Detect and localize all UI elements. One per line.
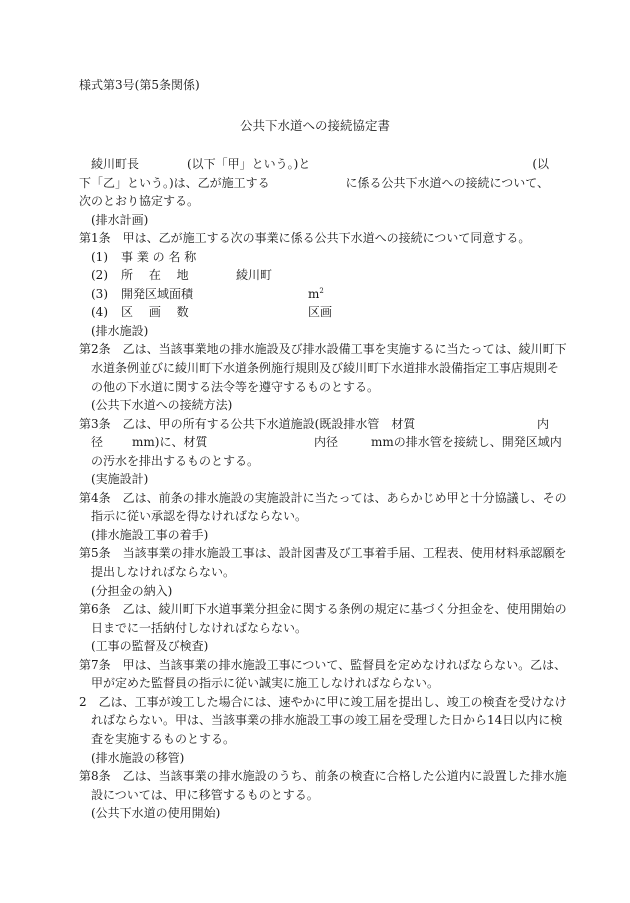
form-number: 様式第3号(第5条関係) xyxy=(79,77,200,93)
area-unit: m xyxy=(308,287,319,301)
article-7-para-2-line: 2 乙は、工事が竣工した場合には、速やかに甲に竣工届を提出し、竣工の検査を受けな… xyxy=(79,693,549,712)
article-2-line: 水道条例並びに綾川町下水道条例施行規則及び綾川町下水道排水設備指定工事店規則そ xyxy=(79,359,549,378)
article-6-line: 第6条 乙は、綾川町下水道事業分担金に関する条例の規定に基づく分担金を、使用開始… xyxy=(79,600,549,619)
document-body: 綾川町長 (以下「甲」という。)と (以 下「乙」という。)は、乙が施工する に… xyxy=(79,155,549,823)
article-2-line: の他の下水道に関する法令等を遵守するものとする。 xyxy=(79,378,549,397)
article-1-item-2: (2) 所 在 地 綾川町 xyxy=(79,266,549,285)
item-value: 綾川町 xyxy=(236,266,272,285)
article-4-heading: (実施設計) xyxy=(79,470,549,489)
preamble-line-2: 下「乙」という。)は、乙が施工する に係る公共下水道への接続について、 xyxy=(79,174,549,193)
article-6-line: 日までに一括納付しなければならない。 xyxy=(79,619,549,638)
article-1-item-1: (1) 事 業 の 名 称 xyxy=(79,248,549,267)
item-label: 所 在 地 xyxy=(121,266,189,285)
article-1-item-4: (4) 区 画 数 区画 xyxy=(79,303,549,322)
article-3-text: 内 xyxy=(537,415,549,434)
item-number: (4) xyxy=(91,303,108,322)
article-7-para-2-line: 査を実施するものとする。 xyxy=(79,730,549,749)
article-3-text: 内径 xyxy=(314,433,338,452)
unit-superscript: 2 xyxy=(319,287,323,295)
party-a-definition: (以下「甲」という。)と xyxy=(187,155,310,174)
article-1-heading: (排水計画) xyxy=(79,211,549,230)
town-mayor-label: 綾川町長 xyxy=(91,155,139,174)
item-value: 区画 xyxy=(308,303,332,322)
article-9-heading: (公共下水道の使用開始) xyxy=(79,804,549,823)
article-3-text: mmの排水管を接続し、開発区域内 xyxy=(371,433,562,452)
article-3-text: 第3条 乙は、甲の所有する公共下水道施設(既設排水管 材質 xyxy=(79,415,415,434)
article-1-item-3: (3) 開発区域面積 m2 xyxy=(79,285,549,304)
party-b-definition: 下「乙」という。)は、乙が施工する xyxy=(79,174,270,193)
article-5-heading: (排水施設工事の着手) xyxy=(79,526,549,545)
article-8-heading: (排水施設の移管) xyxy=(79,749,549,768)
article-8-line: 第8条 乙は、当該事業の排水施設のうち、前条の検査に合格した公道内に設置した排水… xyxy=(79,767,549,786)
item-number: (3) xyxy=(91,285,108,304)
item-label: 事 業 の 名 称 xyxy=(121,248,196,267)
document-page: 様式第3号(第5条関係) 公共下水道への接続協定書 綾川町長 (以下「甲」という… xyxy=(0,0,630,903)
article-3-heading: (公共下水道への接続方法) xyxy=(79,396,549,415)
article-8-line: 設については、甲に移管するものとする。 xyxy=(79,786,549,805)
article-3-line-3: の汚水を排出するものとする。 xyxy=(79,452,549,471)
article-7-line: 甲が定めた監督員の指示に従い誠実に施工しなければならない。 xyxy=(79,674,549,693)
item-value: m2 xyxy=(308,285,324,304)
article-2-line: 第2条 乙は、当該事業地の排水施設及び排水設備工事を実施するに当たっては、綾川町… xyxy=(79,340,549,359)
article-3-line-2: 径 mm)に、材質 内径 mmの排水管を接続し、開発区域内 xyxy=(79,433,549,452)
document-title: 公共下水道への接続協定書 xyxy=(0,118,630,134)
article-3-line-1: 第3条 乙は、甲の所有する公共下水道施設(既設排水管 材質 内 xyxy=(79,415,549,434)
item-number: (2) xyxy=(91,266,108,285)
article-2-heading: (排水施設) xyxy=(79,322,549,341)
preamble-line-3: 次のとおり協定する。 xyxy=(79,192,549,211)
article-5-line: 第5条 当該事業の排水施設工事は、設計図書及び工事着手届、工程表、使用材料承認願… xyxy=(79,544,549,563)
article-3-text: mm)に、材質 xyxy=(132,433,207,452)
article-6-heading: (分担金の納入) xyxy=(79,582,549,601)
article-3-text: 径 xyxy=(91,433,103,452)
article-7-heading: (工事の監督及び検査) xyxy=(79,637,549,656)
item-label: 開発区域面積 xyxy=(121,285,193,304)
article-4-line: 指示に従い承認を得なければならない。 xyxy=(79,507,549,526)
item-number: (1) xyxy=(91,248,108,267)
article-5-line: 提出しなければならない。 xyxy=(79,563,549,582)
article-1-text: 第1条 甲は、乙が施工する次の事業に係る公共下水道への接続について同意する。 xyxy=(79,229,549,248)
article-7-line: 第7条 甲は、当該事業の排水施設工事について、監督員を定めなければならない。乙は… xyxy=(79,656,549,675)
party-b-definition-start: (以 xyxy=(532,155,549,174)
article-4-line: 第4条 乙は、前条の排水施設の実施設計に当たっては、あらかじめ甲と十分協議し、そ… xyxy=(79,489,549,508)
preamble-line-1: 綾川町長 (以下「甲」という。)と (以 xyxy=(79,155,549,174)
article-7-para-2-line: ればならない。甲は、当該事業の排水施設工事の竣工届を受理した日から14日以内に検 xyxy=(79,711,549,730)
item-label: 区 画 数 xyxy=(121,303,189,322)
connection-subject: に係る公共下水道への接続について、 xyxy=(345,174,549,193)
